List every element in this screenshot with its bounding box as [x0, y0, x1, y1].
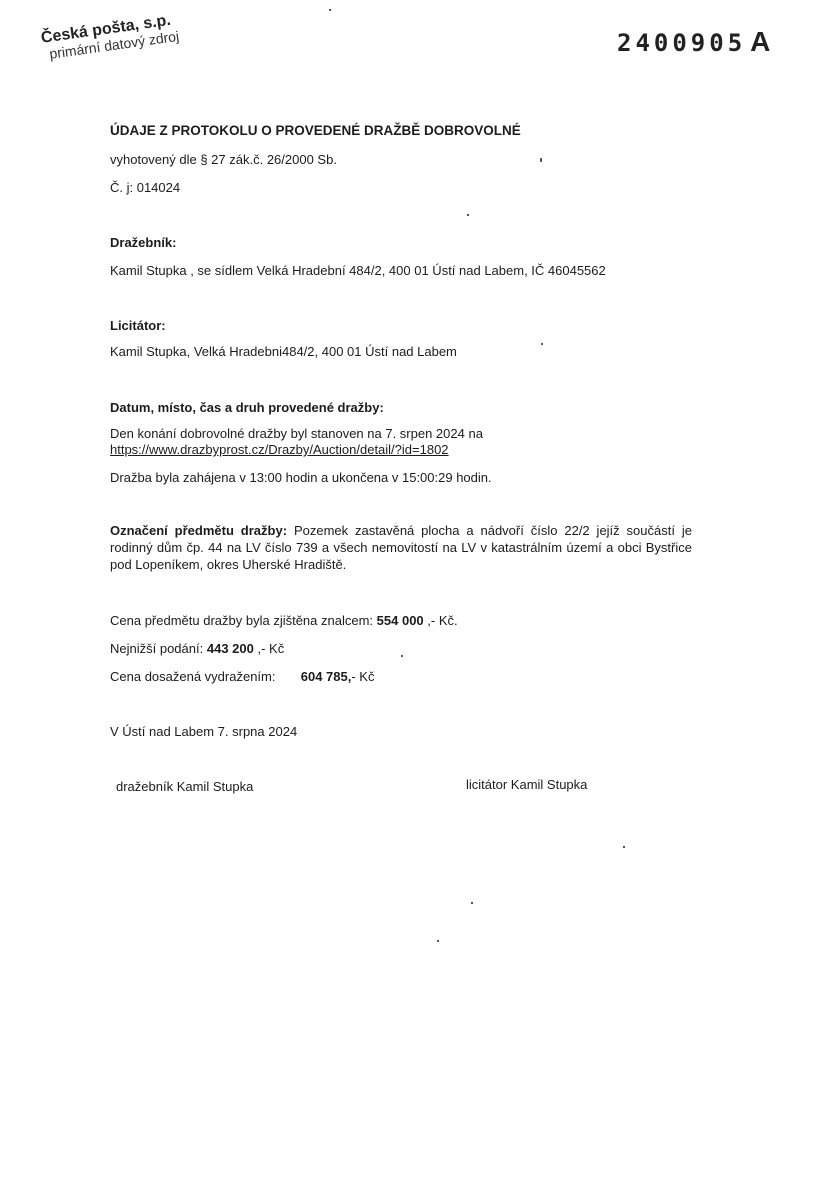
lowest-bid-label: Nejnižší podání: [110, 641, 203, 656]
scan-speck [437, 940, 439, 942]
signature-licitator: licitátor Kamil Stupka [466, 777, 587, 792]
document-number-digits: 2400905 [617, 29, 746, 57]
auctioneer-text: Kamil Stupka , se sídlem Velká Hradební … [110, 263, 606, 278]
subject-paragraph: Označení předmětu dražby: Pozemek zastav… [110, 522, 692, 573]
auction-time-text: Dražba byla zahájena v 13:00 hodin a uko… [110, 470, 492, 485]
scan-speck [401, 655, 403, 657]
scan-speck [471, 902, 473, 904]
document-number: 2400905A [617, 26, 770, 58]
final-price-value: 604 785, [301, 669, 352, 684]
document-title: ÚDAJE Z PROTOKOLU O PROVEDENÉ DRAŽBĚ DOB… [110, 123, 521, 138]
subject-label: Označení předmětu dražby: [110, 523, 287, 538]
lowest-bid-value: 443 200 [207, 641, 254, 656]
place-date: V Ústí nad Labem 7. srpna 2024 [110, 724, 297, 739]
scan-speck [540, 158, 542, 162]
lowest-bid-suffix: ,- Kč [257, 641, 284, 656]
lowest-bid-row: Nejnižší podání: 443 200 ,- Kč [110, 641, 284, 656]
appraised-price-row: Cena předmětu dražby byla zjištěna znalc… [110, 613, 458, 628]
auction-details-label: Datum, místo, čas a druh provedené dražb… [110, 400, 384, 415]
auction-date-text: Den konání dobrovolné dražby byl stanove… [110, 426, 483, 441]
licitator-text: Kamil Stupka, Velká Hradebni484/2, 400 0… [110, 344, 457, 359]
appraised-price-value: 554 000 [377, 613, 424, 628]
document-subtitle: vyhotovený dle § 27 zák.č. 26/2000 Sb. [110, 152, 337, 167]
appraised-price-label: Cena předmětu dražby byla zjištěna znalc… [110, 613, 373, 628]
licitator-label: Licitátor: [110, 318, 166, 333]
auctioneer-label: Dražebník: [110, 235, 176, 250]
auction-url-link[interactable]: https://www.drazbyprost.cz/Drazby/Auctio… [110, 442, 449, 457]
postal-stamp: Česká pošta, s.p. primární datový zdroj [40, 11, 180, 63]
final-price-label: Cena dosažená vydražením: [110, 669, 275, 684]
scan-speck [623, 846, 625, 848]
final-price-row: Cena dosažená vydražením: 604 785,- Kč [110, 669, 374, 684]
document-number-suffix: A [750, 26, 770, 57]
appraised-price-suffix: ,- Kč. [427, 613, 457, 628]
scan-speck [541, 343, 543, 345]
reference-number: Č. j: 014024 [110, 180, 180, 195]
signature-auctioneer: dražebník Kamil Stupka [116, 779, 253, 794]
scan-speck [329, 9, 331, 11]
final-price-suffix: - Kč [351, 669, 374, 684]
scan-speck [467, 214, 469, 216]
